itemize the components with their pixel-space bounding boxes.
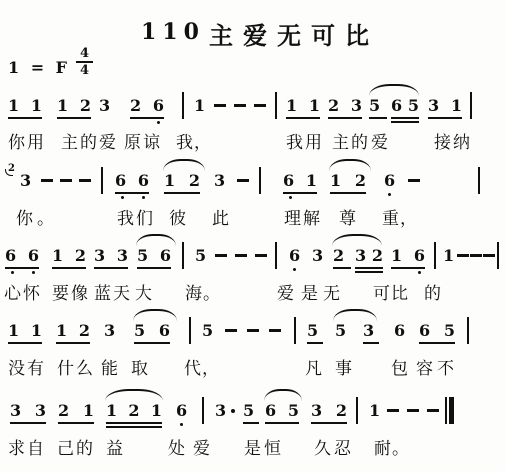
lyric-syllable: 谅 [143,128,160,153]
note-group: 3 [214,171,226,190]
low-octave-dot [388,193,391,196]
note-group: 65 [265,401,299,420]
note-group: 121 [106,401,162,420]
lyric-syllable: 是 [301,279,318,304]
note: 2 [75,246,86,265]
note-group: 3 [363,321,379,340]
low-octave-dot [157,121,160,124]
sixteenth-underline [106,426,162,428]
lyric-syllable: 主 [61,128,78,153]
slur-arc [133,309,177,321]
note-group: 11 [8,321,42,340]
note: 1 [286,96,297,115]
note-group: 5 [195,246,207,265]
lyric-syllable: ， [400,204,417,229]
note-group: 33 [10,401,46,420]
lyric-syllable: 什 [57,354,74,379]
note: 2 [328,96,339,115]
note: 1 [8,96,19,115]
barline [467,317,469,344]
lyric-syllable: ， [202,354,219,379]
slur-arc [333,309,377,321]
duration-dash [234,104,246,107]
hymn-number: 110 [141,19,205,45]
note-group: 3 [104,321,116,340]
lyric-syllable: 包 [391,354,408,379]
lyric-syllable: 大 [135,279,152,304]
eighth-underline [130,117,164,119]
time-signature-numerator: 4 [76,47,93,60]
sixteenth-underline [355,271,383,273]
note-group: 1 [443,246,455,265]
note: 3 [10,401,21,420]
note: 1 [309,96,320,115]
note: 3 [99,96,110,115]
slur-arc [369,84,419,96]
lyric-syllable: 我 [176,128,193,153]
note: 5 [408,96,419,115]
lyric-syllable: 天 [113,279,130,304]
note-group: 1 [194,96,206,115]
note: 3 [20,171,31,190]
slur-arc [136,234,176,246]
eighth-underline [106,422,162,424]
duration-dash [483,254,495,257]
lyric-syllable: 有 [27,354,44,379]
eighth-underline [307,342,323,344]
eighth-underline [330,192,366,194]
lyric-syllable: 的 [80,128,97,153]
note: 5 [202,321,213,340]
lyric-syllable: 纳 [453,128,470,153]
lyric-syllable: 爱 [193,434,210,459]
note-group: 3 [20,171,32,190]
final-barline-thick [449,397,454,424]
lyric-syllable: 怀 [23,279,40,304]
lyric-syllable: 的 [76,434,93,459]
lyric-syllable: 取 [131,354,148,379]
eighth-underline [137,267,171,269]
note: 3 [311,401,322,420]
low-octave-dot [121,196,124,199]
lyric-syllable: 能 [101,354,118,379]
note: 1 [56,321,67,340]
eighth-underline [369,117,387,119]
lyric-syllable: 接 [434,128,451,153]
lyric-syllable: 比 [391,279,408,304]
barline [202,397,204,424]
note-group: 26 [130,96,164,115]
low-octave-dot [142,196,145,199]
lyric-syllable: 无 [323,279,340,304]
barline [478,167,480,194]
lyric-syllable: 恒 [264,434,281,459]
duration-dash [79,179,91,182]
lyric-syllable: 心 [4,279,21,304]
lyric-syllable: 的 [424,279,441,304]
note-group: 3 [99,96,111,115]
note: 3 [215,401,226,420]
lyric-syllable: 久 [314,434,331,459]
slur-arc [264,389,302,401]
note-group: 12 [330,171,366,190]
barline [259,167,261,194]
note: 6 [5,246,16,265]
eighth-underline [56,342,90,344]
low-octave-dot [293,268,296,271]
low-octave-dot [32,271,35,274]
eighth-underline [311,422,347,424]
duration-dash [254,104,266,107]
note-group: 32 [311,401,347,420]
note: 2 [333,246,344,265]
note: 1 [31,321,42,340]
note: 6 [159,321,170,340]
lyric-syllable: 蓝 [94,279,111,304]
slur-arc [329,159,371,171]
barline [275,92,277,119]
note-group: 65 [391,96,419,115]
eighth-underline [363,342,379,344]
note-group: 5 [369,96,387,115]
lyric-syllable: 你 [16,204,33,229]
barline [182,92,184,119]
note-group: 33 [94,246,128,265]
note: 3 [363,321,374,340]
duration-dash [269,329,281,332]
eighth-underline [243,422,259,424]
eighth-underline [265,422,299,424]
duration-dash [235,254,247,257]
barline [470,92,472,119]
eighth-underline [134,342,170,344]
note-group: 6 [289,246,301,265]
note: 2 [58,401,69,420]
note: 5 [288,401,299,420]
lyric-syllable: 海 [185,279,202,304]
lyric-syllable: 容 [416,354,433,379]
lyric-syllable: 不 [437,354,454,379]
lyric-syllable: 要 [52,279,69,304]
eighth-underline [164,192,200,194]
note-group: 3 [215,401,227,420]
duration-dash [387,409,399,412]
note-group: 2 [333,246,351,265]
duration-dash [408,179,420,182]
note-group: 56 [137,246,171,265]
duration-dash [214,104,226,107]
note-group: 21 [58,401,94,420]
note-group: 31 [428,96,462,115]
eighth-underline [419,342,455,344]
note: 1 [330,171,341,190]
note: 5 [243,401,254,420]
lyric-syllable: 们 [136,204,153,229]
note: 2 [355,171,366,190]
note-group: 6 [394,321,406,340]
duration-dash [41,179,53,182]
note: 5 [369,96,380,115]
duration-dash [470,254,482,257]
lyric-syllable: 是 [244,434,261,459]
note: 6 [160,246,171,265]
lyric-syllable: 原 [124,128,141,153]
eighth-underline [94,267,128,269]
lyric-syllable: 自 [27,434,44,459]
lyric-syllable: 忍 [334,434,351,459]
note: 1 [164,171,175,190]
lyric-syllable: 解 [303,204,320,229]
note: 1 [451,96,462,115]
note: 1 [369,401,380,420]
low-octave-dot [180,423,183,426]
note: 2 [128,401,139,420]
note: 2 [372,246,383,265]
note: 2 [80,96,91,115]
note: 6 [265,401,276,420]
eighth-underline [10,422,46,424]
lyric-syllable: 用 [305,128,322,153]
lyric-syllable: 尊 [339,204,356,229]
note: 5 [195,246,206,265]
note: 3 [312,246,323,265]
lyric-syllable: 我 [117,204,134,229]
duration-dash [407,409,419,412]
note: 6 [115,171,126,190]
lyric-syllable: 彼 [169,204,186,229]
note: 3 [104,321,115,340]
lyric-syllable: 的 [351,128,368,153]
note: 1 [57,96,68,115]
note-group: 11 [8,96,42,115]
note: 6 [176,401,187,420]
eighth-underline [428,117,462,119]
key-signature: 1 = F [8,58,70,77]
duration-dash [215,254,227,257]
note: 5 [307,321,318,340]
lyric-syllable: 么 [76,354,93,379]
lyric-syllable: 耐 [374,434,391,459]
eighth-underline [57,117,91,119]
time-signature: 4 4 [76,47,93,77]
note-group: 3 [312,246,324,265]
note-group: 12 [56,321,90,340]
duration-dash [247,329,259,332]
note-group: 16 [391,246,425,265]
lyric-syllable: 我 [286,128,303,153]
note: 6 [28,246,39,265]
note: 3 [351,96,362,115]
note: 2 [336,401,347,420]
note: 1 [194,96,205,115]
note: 6 [384,171,395,190]
eighth-underline [52,267,86,269]
note: 6 [289,246,300,265]
lyric-syllable: 可 [373,279,390,304]
note: 1 [8,321,19,340]
final-barline-thin [445,397,447,424]
eighth-underline [58,422,94,424]
duration-dash [255,254,267,257]
slur-arc [332,234,382,246]
note: 1 [443,246,454,265]
eighth-underline [8,342,42,344]
eighth-underline [286,117,320,119]
duration-dash [237,179,249,182]
eighth-underline [328,117,362,119]
barline [189,317,191,344]
hymn-title: 主爱无可比 [209,16,379,51]
lyric-syllable: 。 [203,279,220,304]
note: 1 [106,401,117,420]
barline [101,167,103,194]
grace-note-hook [5,169,13,176]
eighth-underline [355,267,383,269]
lyric-syllable: 己 [57,434,74,459]
note-group: 5 [202,321,214,340]
lyric-syllable: 。 [392,434,409,459]
low-octave-dot [418,271,421,274]
note: 3 [117,246,128,265]
barline [294,317,296,344]
lyric-syllable: 爱 [371,128,388,153]
note: 1 [151,401,162,420]
note-group: 12 [52,246,86,265]
lyric-syllable: 处 [168,434,185,459]
eighth-underline [333,267,351,269]
note: 3 [94,246,105,265]
note: 6 [414,246,425,265]
note-group: 56 [134,321,170,340]
eighth-underline [8,117,42,119]
note-group: 65 [419,321,455,340]
eighth-underline [391,117,419,119]
sixteenth-underline [391,121,419,123]
barline [497,242,499,269]
note: 1 [83,401,94,420]
slur-arc [105,389,163,401]
note: 6 [391,96,402,115]
note: 5 [444,321,455,340]
note: 1 [391,246,402,265]
note-group: 11 [286,96,320,115]
duration-dash [427,409,439,412]
note-group: 6 [176,401,188,420]
note-group: 1 [369,401,381,420]
note: 6 [283,171,294,190]
lyric-syllable: 重 [382,204,399,229]
note: 5 [335,321,346,340]
note-group: 5 [243,401,259,420]
lyric-syllable: 像 [71,279,88,304]
eighth-underline [391,267,425,269]
lyric-syllable: 求 [8,434,25,459]
note: 6 [138,171,149,190]
note-group: 5 [335,321,347,340]
lyric-syllable: 益 [106,434,123,459]
sheet-music-page: 110 主爱无可比 1 = F 4 4 11123261112356531你用主… [0,0,505,472]
slur-arc [163,159,205,171]
barline [434,242,436,269]
lyric-syllable: 理 [284,204,301,229]
note-group: 23 [328,96,362,115]
barline [356,397,358,424]
lyric-syllable: 代 [184,354,201,379]
lyric-syllable: 。 [37,204,54,229]
duration-dash [457,254,469,257]
barline [182,242,184,269]
note: 6 [394,321,405,340]
lyric-syllable: 主 [332,128,349,153]
lyric-syllable: 没 [8,354,25,379]
lyric-syllable: 爱 [99,128,116,153]
duration-dash [225,329,237,332]
note-group: 5 [307,321,323,340]
note: 2 [79,321,90,340]
low-octave-dot [11,271,14,274]
note-group: 32 [355,246,383,265]
note-group: 12 [164,171,200,190]
lyric-syllable: 爱 [277,279,294,304]
augmentation-dot [231,409,235,413]
note: 1 [306,171,317,190]
note: 3 [35,401,46,420]
note-group: 66 [5,246,39,265]
time-signature-denominator: 4 [76,64,93,77]
lyric-syllable: 事 [335,354,352,379]
note: 3 [214,171,225,190]
note-group: 6 [384,171,396,190]
note: 3 [428,96,439,115]
lyric-syllable: 凡 [305,354,322,379]
lyric-syllable: 用 [27,128,44,153]
eighth-underline [283,192,317,194]
note: 1 [31,96,42,115]
lyric-syllable: ， [194,128,211,153]
title-row: 110 主爱无可比 [0,14,505,48]
low-octave-dot [289,196,292,199]
note: 6 [419,321,430,340]
note-group: 61 [283,171,317,190]
note-group: 12 [57,96,91,115]
note: 5 [134,321,145,340]
lyric-syllable: 此 [212,204,229,229]
eighth-underline [115,192,149,194]
note: 1 [52,246,63,265]
note: 2 [189,171,200,190]
note-group: 66 [115,171,149,190]
barline [275,242,277,269]
eighth-underline [5,267,39,269]
note: 6 [153,96,164,115]
note: 5 [137,246,148,265]
lyric-syllable: 你 [8,128,25,153]
duration-dash [60,179,72,182]
note: 3 [355,246,366,265]
note: 2 [130,96,141,115]
